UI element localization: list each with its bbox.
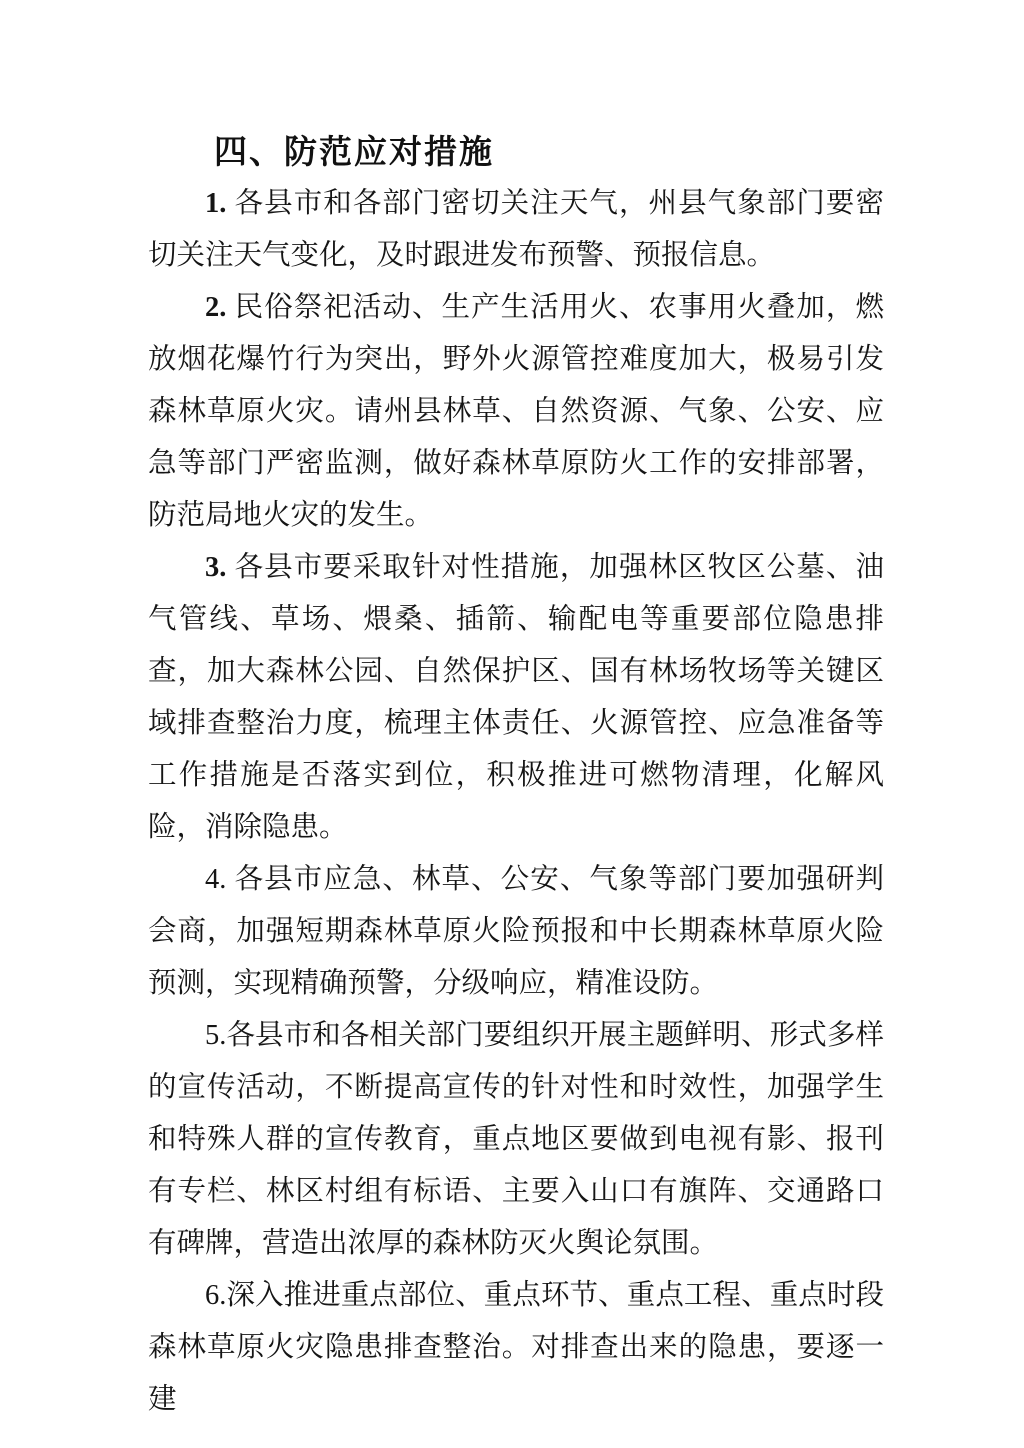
paragraph-6-number: 6.: [205, 1280, 226, 1311]
paragraph-3-text: 各县市要采取针对性措施，加强林区牧区公墓、油气管线、草场、煨桑、插箭、输配电等重…: [148, 552, 884, 843]
paragraph-1-text: 各县市和各部门密切关注天气，州县气象部门要密切关注天气变化，及时跟进发布预警、预…: [148, 188, 884, 271]
paragraph-6-text: 深入推进重点部位、重点环节、重点工程、重点时段森林草原火灾隐患排查整治。对排查出…: [148, 1280, 884, 1415]
paragraph-5: 5.各县市和各相关部门要组织开展主题鲜明、形式多样的宣传活动，不断提高宣传的针对…: [148, 1010, 884, 1270]
paragraph-2-text: 民俗祭祀活动、生产生活用火、农事用火叠加，燃放烟花爆竹行为突出，野外火源管控难度…: [148, 292, 884, 531]
section-heading: 四、防范应对措施: [148, 126, 884, 178]
paragraph-3-number: 3.: [205, 552, 235, 583]
document-page: 四、防范应对措施 1. 各县市和各部门密切关注天气，州县气象部门要密切关注天气变…: [0, 0, 1024, 1448]
paragraph-2-number: 2.: [205, 292, 235, 323]
paragraph-1-number: 1.: [205, 188, 235, 219]
paragraph-4-number: 4.: [205, 864, 235, 895]
paragraph-1: 1. 各县市和各部门密切关注天气，州县气象部门要密切关注天气变化，及时跟进发布预…: [148, 178, 884, 282]
paragraph-6: 6.深入推进重点部位、重点环节、重点工程、重点时段森林草原火灾隐患排查整治。对排…: [148, 1270, 884, 1426]
paragraph-2: 2. 民俗祭祀活动、生产生活用火、农事用火叠加，燃放烟花爆竹行为突出，野外火源管…: [148, 282, 884, 542]
paragraph-4-text: 各县市应急、林草、公安、气象等部门要加强研判会商，加强短期森林草原火险预报和中长…: [148, 864, 884, 999]
paragraph-5-text: 各县市和各相关部门要组织开展主题鲜明、形式多样的宣传活动，不断提高宣传的针对性和…: [148, 1020, 884, 1259]
paragraph-3: 3. 各县市要采取针对性措施，加强林区牧区公墓、油气管线、草场、煨桑、插箭、输配…: [148, 542, 884, 854]
paragraph-5-number: 5.: [205, 1020, 226, 1051]
paragraph-4: 4. 各县市应急、林草、公安、气象等部门要加强研判会商，加强短期森林草原火险预报…: [148, 854, 884, 1010]
